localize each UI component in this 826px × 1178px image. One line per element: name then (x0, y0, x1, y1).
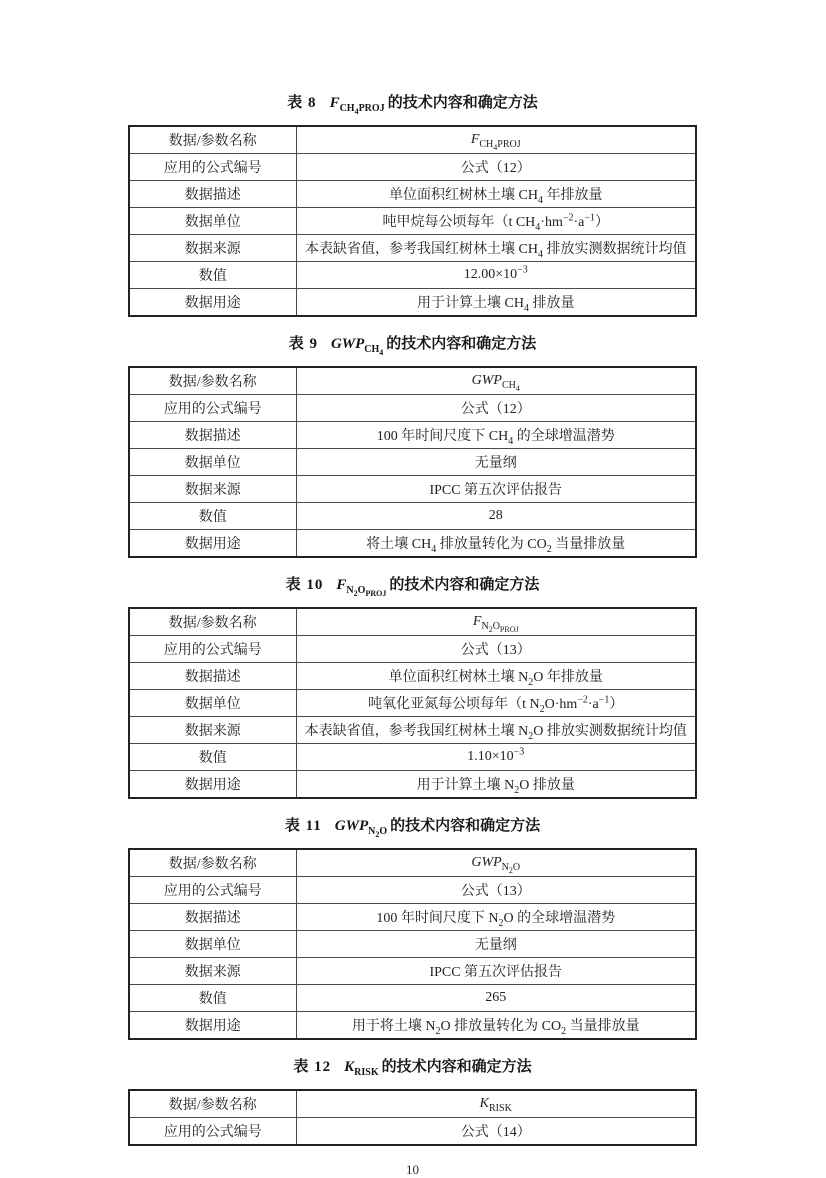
row-label: 数据/参数名称 (129, 367, 296, 395)
table-11: 表 11GWPN2O的技术内容和确定方法数据/参数名称GWPN2O应用的公式编号… (128, 817, 697, 1040)
row-value: 公式（13） (296, 636, 696, 663)
row-label: 应用的公式编号 (129, 877, 296, 904)
row-label: 数据描述 (129, 904, 296, 931)
row-value: IPCC 第五次评估报告 (296, 958, 696, 985)
row-label: 数据来源 (129, 476, 296, 503)
table-row: 数据单位无量纲 (129, 449, 696, 476)
page-number: 10 (128, 1162, 697, 1178)
table-caption-suffix: 的技术内容和确定方法 (388, 95, 538, 111)
row-value: 用于将土壤 N2O 排放量转化为 CO2 当量排放量 (296, 1012, 696, 1040)
table-caption: 表 12KRISK的技术内容和确定方法 (128, 1058, 697, 1077)
row-value: 单位面积红树林土壤 CH4 年排放量 (296, 181, 696, 208)
table-row: 数据描述100 年时间尺度下 CH4 的全球增温潜势 (129, 422, 696, 449)
row-label: 数据来源 (129, 717, 296, 744)
table-row: 数据单位吨甲烷每公顷每年（t CH4·hm−2·a−1） (129, 208, 696, 235)
row-value: 无量纲 (296, 449, 696, 476)
table-row: 数据/参数名称GWPCH4 (129, 367, 696, 395)
row-value: FCH4PROJ (296, 126, 696, 154)
table-row: 数据描述100 年时间尺度下 N2O 的全球增温潜势 (129, 904, 696, 931)
row-value: 公式（12） (296, 395, 696, 422)
row-label: 应用的公式编号 (129, 1118, 296, 1146)
table-caption: 表 9GWPCH4的技术内容和确定方法 (128, 335, 697, 354)
row-value: GWPN2O (296, 849, 696, 877)
row-label: 数值 (129, 985, 296, 1012)
parameter-table: 数据/参数名称FCH4PROJ应用的公式编号公式（12）数据描述单位面积红树林土… (128, 125, 697, 317)
table-caption-suffix: 的技术内容和确定方法 (382, 1059, 532, 1075)
row-label: 数据单位 (129, 208, 296, 235)
tables-host: 表 8FCH4PROJ的技术内容和确定方法数据/参数名称FCH4PROJ应用的公… (128, 94, 697, 1146)
table-caption-suffix: 的技术内容和确定方法 (389, 577, 539, 593)
row-label: 应用的公式编号 (129, 395, 296, 422)
table-caption-formula: GWPN2O (335, 818, 387, 834)
row-label: 应用的公式编号 (129, 636, 296, 663)
table-row: 数据/参数名称GWPN2O (129, 849, 696, 877)
row-value: 公式（14） (296, 1118, 696, 1146)
table-caption-label: 表 11 (285, 818, 322, 834)
row-label: 数据单位 (129, 690, 296, 717)
row-value: 100 年时间尺度下 N2O 的全球增温潜势 (296, 904, 696, 931)
table-caption-label: 表 10 (286, 577, 324, 593)
table-caption-suffix: 的技术内容和确定方法 (390, 818, 540, 834)
table-row: 应用的公式编号公式（14） (129, 1118, 696, 1146)
table-row: 数据用途用于将土壤 N2O 排放量转化为 CO2 当量排放量 (129, 1012, 696, 1040)
table-9: 表 9GWPCH4的技术内容和确定方法数据/参数名称GWPCH4应用的公式编号公… (128, 335, 697, 558)
row-label: 数据/参数名称 (129, 1090, 296, 1118)
table-row: 数据单位无量纲 (129, 931, 696, 958)
table-caption-label: 表 12 (293, 1059, 331, 1075)
table-row: 数据用途将土壤 CH4 排放量转化为 CO2 当量排放量 (129, 530, 696, 558)
row-label: 数据用途 (129, 530, 296, 558)
table-caption-label: 表 9 (289, 336, 318, 352)
table-caption: 表 8FCH4PROJ的技术内容和确定方法 (128, 94, 697, 113)
row-value: 28 (296, 503, 696, 530)
row-value: 1.10×10−3 (296, 744, 696, 771)
parameter-table: 数据/参数名称GWPN2O应用的公式编号公式（13）数据描述100 年时间尺度下… (128, 848, 697, 1040)
table-row: 应用的公式编号公式（12） (129, 154, 696, 181)
row-label: 数据来源 (129, 235, 296, 262)
row-value: 本表缺省值，参考我国红树林土壤 CH4 排放实测数据统计均值 (296, 235, 696, 262)
row-value: 本表缺省值，参考我国红树林土壤 N2O 排放实测数据统计均值 (296, 717, 696, 744)
parameter-table: 数据/参数名称FN2OPROJ应用的公式编号公式（13）数据描述单位面积红树林土… (128, 607, 697, 799)
table-row: 数据用途用于计算土壤 N2O 排放量 (129, 771, 696, 799)
table-row: 数值12.00×10−3 (129, 262, 696, 289)
row-value: 用于计算土壤 CH4 排放量 (296, 289, 696, 317)
table-row: 数据来源IPCC 第五次评估报告 (129, 476, 696, 503)
table-row: 数据描述单位面积红树林土壤 CH4 年排放量 (129, 181, 696, 208)
row-label: 数据描述 (129, 181, 296, 208)
table-row: 数值265 (129, 985, 696, 1012)
row-label: 数据/参数名称 (129, 126, 296, 154)
row-label: 数据来源 (129, 958, 296, 985)
row-value: 吨氧化亚氮每公顷每年（t N2O·hm−2·a−1） (296, 690, 696, 717)
table-row: 数值1.10×10−3 (129, 744, 696, 771)
table-row: 数据来源本表缺省值，参考我国红树林土壤 N2O 排放实测数据统计均值 (129, 717, 696, 744)
table-row: 数值28 (129, 503, 696, 530)
table-row: 应用的公式编号公式（13） (129, 636, 696, 663)
row-label: 数据用途 (129, 289, 296, 317)
row-label: 应用的公式编号 (129, 154, 296, 181)
table-row: 数据单位吨氧化亚氮每公顷每年（t N2O·hm−2·a−1） (129, 690, 696, 717)
row-label: 数据描述 (129, 663, 296, 690)
row-label: 数据单位 (129, 931, 296, 958)
row-label: 数据/参数名称 (129, 849, 296, 877)
table-row: 数据/参数名称KRISK (129, 1090, 696, 1118)
row-value: 265 (296, 985, 696, 1012)
row-value: FN2OPROJ (296, 608, 696, 636)
document-page: 表 8FCH4PROJ的技术内容和确定方法数据/参数名称FCH4PROJ应用的公… (0, 0, 826, 1178)
row-value: 单位面积红树林土壤 N2O 年排放量 (296, 663, 696, 690)
table-12: 表 12KRISK的技术内容和确定方法数据/参数名称KRISK应用的公式编号公式… (128, 1058, 697, 1146)
table-row: 数据用途用于计算土壤 CH4 排放量 (129, 289, 696, 317)
table-row: 数据/参数名称FN2OPROJ (129, 608, 696, 636)
row-value: 100 年时间尺度下 CH4 的全球增温潜势 (296, 422, 696, 449)
row-label: 数据/参数名称 (129, 608, 296, 636)
row-label: 数值 (129, 262, 296, 289)
table-8: 表 8FCH4PROJ的技术内容和确定方法数据/参数名称FCH4PROJ应用的公… (128, 94, 697, 317)
table-caption-label: 表 8 (287, 95, 316, 111)
row-value: IPCC 第五次评估报告 (296, 476, 696, 503)
row-value: 12.00×10−3 (296, 262, 696, 289)
row-value: 吨甲烷每公顷每年（t CH4·hm−2·a−1） (296, 208, 696, 235)
row-value: 无量纲 (296, 931, 696, 958)
table-row: 应用的公式编号公式（13） (129, 877, 696, 904)
table-row: 数据来源IPCC 第五次评估报告 (129, 958, 696, 985)
row-label: 数值 (129, 503, 296, 530)
row-label: 数据用途 (129, 771, 296, 799)
row-label: 数据用途 (129, 1012, 296, 1040)
row-value: 公式（13） (296, 877, 696, 904)
parameter-table: 数据/参数名称GWPCH4应用的公式编号公式（12）数据描述100 年时间尺度下… (128, 366, 697, 558)
table-caption-formula: FCH4PROJ (330, 95, 385, 111)
table-caption-formula: GWPCH4 (331, 336, 383, 352)
table-caption: 表 10FN2OPROJ的技术内容和确定方法 (128, 576, 697, 595)
table-caption: 表 11GWPN2O的技术内容和确定方法 (128, 817, 697, 836)
table-row: 数据来源本表缺省值，参考我国红树林土壤 CH4 排放实测数据统计均值 (129, 235, 696, 262)
row-value: 公式（12） (296, 154, 696, 181)
table-10: 表 10FN2OPROJ的技术内容和确定方法数据/参数名称FN2OPROJ应用的… (128, 576, 697, 799)
table-row: 数据/参数名称FCH4PROJ (129, 126, 696, 154)
table-row: 数据描述单位面积红树林土壤 N2O 年排放量 (129, 663, 696, 690)
row-value: KRISK (296, 1090, 696, 1118)
table-row: 应用的公式编号公式（12） (129, 395, 696, 422)
row-value: GWPCH4 (296, 367, 696, 395)
row-value: 用于计算土壤 N2O 排放量 (296, 771, 696, 799)
parameter-table: 数据/参数名称KRISK应用的公式编号公式（14） (128, 1089, 697, 1146)
row-label: 数值 (129, 744, 296, 771)
row-value: 将土壤 CH4 排放量转化为 CO2 当量排放量 (296, 530, 696, 558)
table-caption-formula: KRISK (344, 1059, 378, 1075)
row-label: 数据单位 (129, 449, 296, 476)
row-label: 数据描述 (129, 422, 296, 449)
table-caption-suffix: 的技术内容和确定方法 (386, 336, 536, 352)
table-caption-formula: FN2OPROJ (336, 577, 386, 593)
